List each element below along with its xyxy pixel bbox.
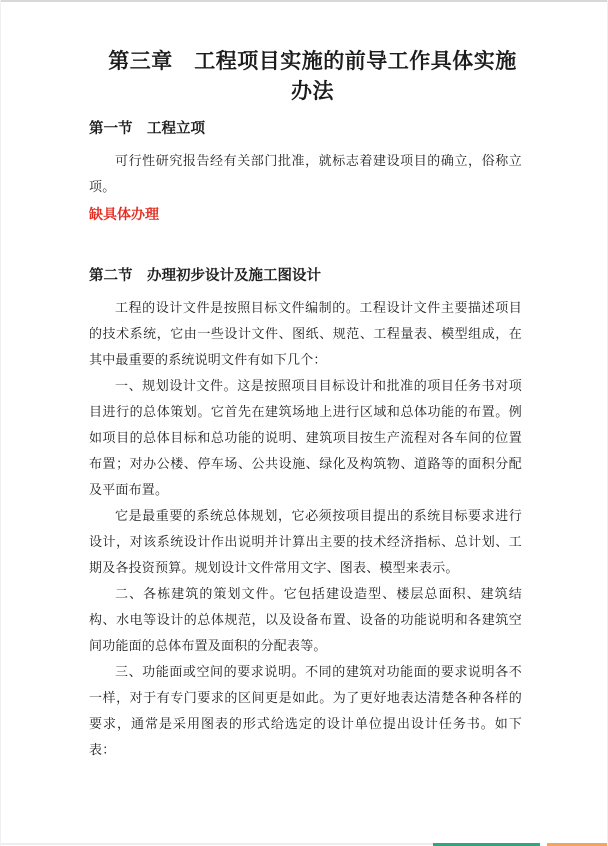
section-project-approval: 第一节 工程立项 可行性研究报告经有关部门批准，就标志着建设项目的确立，俗称立项… <box>89 118 522 228</box>
section-2-heading: 第二节 办理初步设计及施工图设计 <box>89 265 522 287</box>
section-2-paragraph-2: 一、规划设计文件。这是按照项目目标设计和批准的项目任务书对项目进行的总体策划。它… <box>89 373 522 503</box>
document-content: 第三章 工程项目实施的前导工作具体实施办法 第一节 工程立项 可行性研究报告经有… <box>89 46 522 763</box>
bottom-gray-track-segment <box>1 843 433 845</box>
section-2-paragraph-5: 三、功能面或空间的要求说明。不同的建筑对功能面的要求说明各不一样，对于有专门要求… <box>89 659 522 763</box>
section-2-paragraph-4: 二、各栋建筑的策划文件。它包括建设造型、楼层总面积、建筑结构、水电等设计的总体规… <box>89 581 522 659</box>
section-2-paragraph-1: 工程的设计文件是按照目标文件编制的。工程设计文件主要描述项目的技术系统，它由一些… <box>89 295 522 373</box>
chapter-title: 第三章 工程项目实施的前导工作具体实施办法 <box>89 46 522 106</box>
page-top-border <box>1 0 607 2</box>
section-2-paragraph-3: 它是最重要的系统总体规划，它必须按项目提出的系统目标要求进行设计，对该系统设计作… <box>89 503 522 581</box>
section-1-heading: 第一节 工程立项 <box>89 118 522 140</box>
red-annotation-note: 缺具体办理 <box>89 204 522 228</box>
bottom-edge-bar <box>1 842 608 846</box>
document-page: 第三章 工程项目实施的前导工作具体实施办法 第一节 工程立项 可行性研究报告经有… <box>0 0 608 846</box>
section-1-paragraph: 可行性研究报告经有关部门批准，就标志着建设项目的确立，俗称立项。 <box>89 148 522 200</box>
section-design-documents: 第二节 办理初步设计及施工图设计 工程的设计文件是按照目标文件编制的。工程设计文… <box>89 265 522 763</box>
